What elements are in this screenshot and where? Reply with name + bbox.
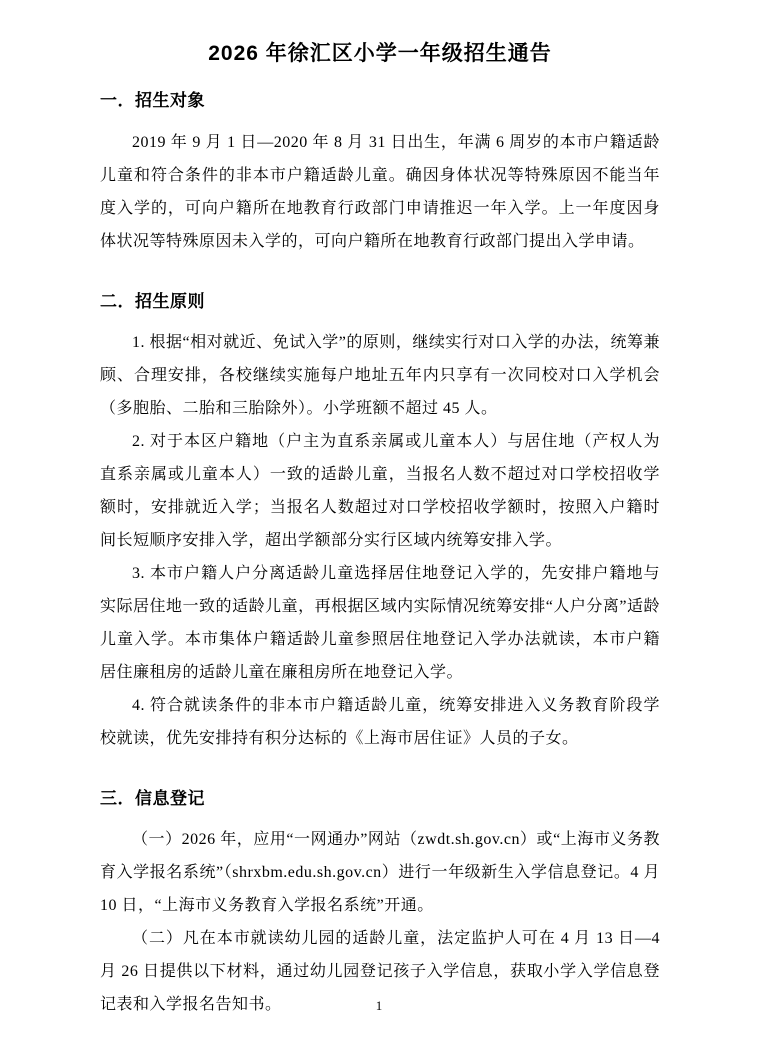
section-heading-information-registration: 三．信息登记 xyxy=(100,789,660,809)
section-enrollment-principles: 二．招生原则 1. 根据“相对就近、免试入学”的原则，继续实行对口入学的办法，统… xyxy=(100,292,660,755)
document-content: 2026 年徐汇区小学一年级招生通告 一．招生对象 2019 年 9 月 1 日… xyxy=(0,0,758,1021)
paragraph: 3. 本市户籍人户分离适龄儿童选择居住地登记入学的，先安排户籍地与实际居住地一致… xyxy=(100,557,660,689)
paragraph: 1. 根据“相对就近、免试入学”的原则，继续实行对口入学的办法，统筹兼顾、合理安… xyxy=(100,326,660,425)
paragraph: 2. 对于本区户籍地（户主为直系亲属或儿童本人）与居住地（产权人为直系亲属或儿童… xyxy=(100,425,660,557)
document-page: 2026 年徐汇区小学一年级招生通告 一．招生对象 2019 年 9 月 1 日… xyxy=(0,0,758,1054)
paragraph: （一）2026 年，应用“一网通办”网站（zwdt.sh.gov.cn）或“上海… xyxy=(100,823,660,922)
paragraph: 2019 年 9 月 1 日—2020 年 8 月 31 日出生，年满 6 周岁… xyxy=(100,126,660,258)
section-heading-enrollment-principles: 二．招生原则 xyxy=(100,292,660,312)
paragraph: 4. 符合就读条件的非本市户籍适龄儿童，统筹安排进入义务教育阶段学校就读，优先安… xyxy=(100,689,660,755)
page-title: 2026 年徐汇区小学一年级招生通告 xyxy=(100,40,660,67)
section-information-registration: 三．信息登记 （一）2026 年，应用“一网通办”网站（zwdt.sh.gov.… xyxy=(100,789,660,1021)
section-enrollment-targets: 一．招生对象 2019 年 9 月 1 日—2020 年 8 月 31 日出生，… xyxy=(100,91,660,257)
page-number: 1 xyxy=(0,999,758,1012)
section-heading-enrollment-targets: 一．招生对象 xyxy=(100,91,660,111)
